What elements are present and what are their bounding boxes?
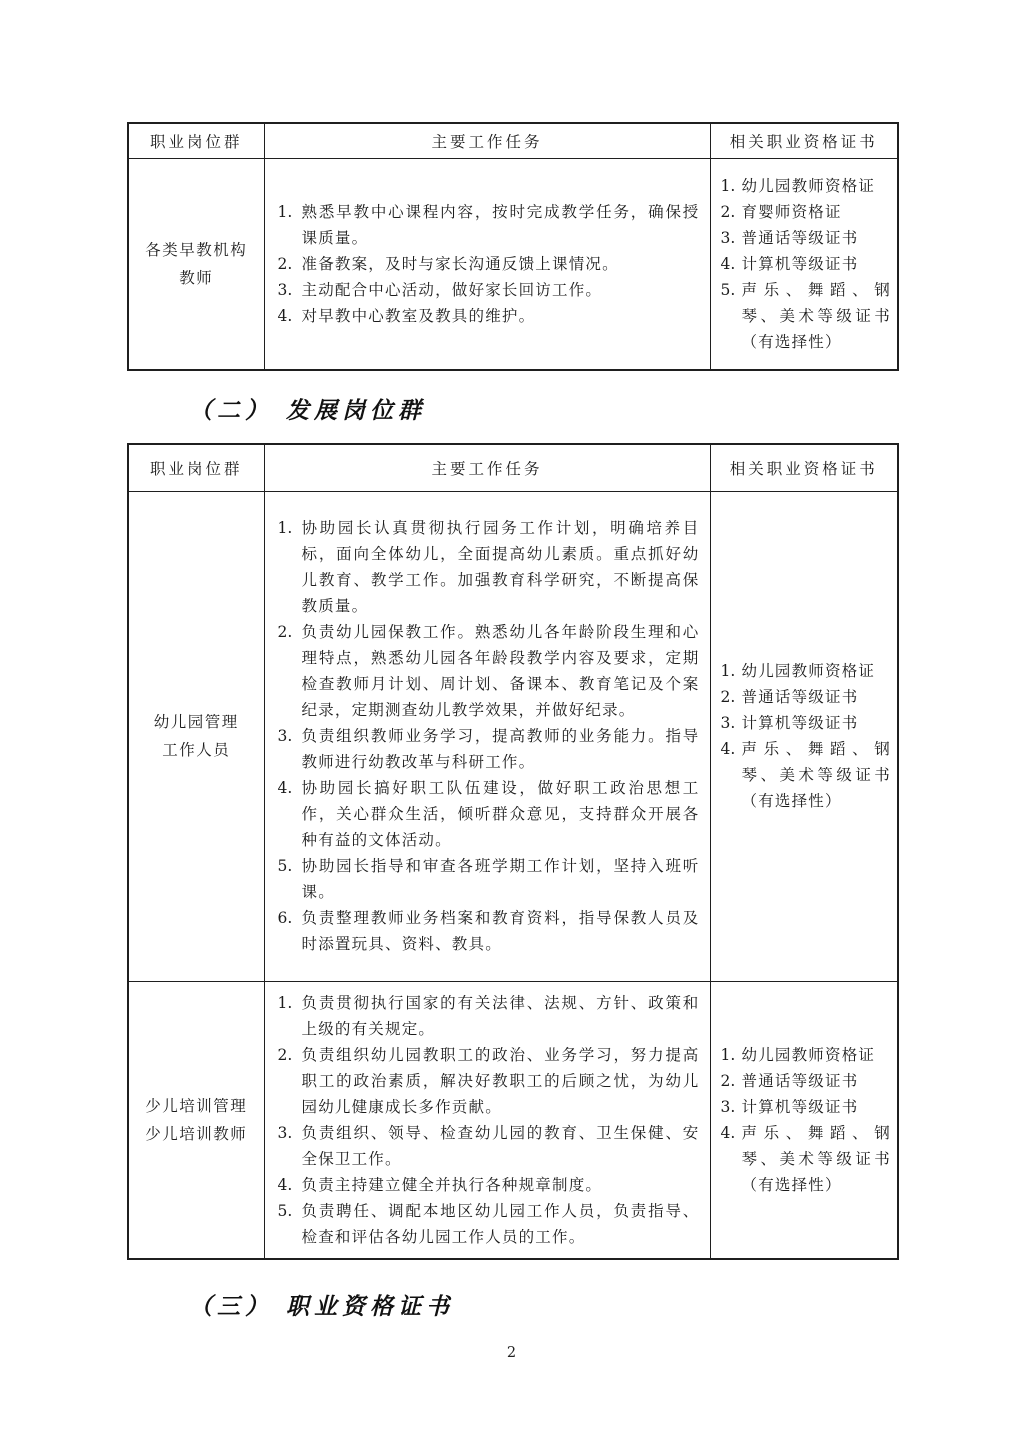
certificate-text: 计算机等级证书 bbox=[742, 710, 892, 736]
tasks-cell: 1. 熟悉早教中心课程内容，按时完成教学任务，确保授课质量。 2. 准备教案，及… bbox=[264, 158, 710, 370]
certificate-number: 3. bbox=[721, 1094, 742, 1120]
task-number: 4. bbox=[278, 775, 302, 853]
tasks-cell: 1. 协助园长认真贯彻执行园务工作计划，明确培养目标，面向全体幼儿，全面提高幼儿… bbox=[264, 491, 710, 981]
task-item: 1. 负责贯彻执行国家的有关法律、法规、方针、政策和上级的有关规定。 bbox=[278, 990, 700, 1042]
position-line: 工作人员 bbox=[133, 736, 260, 764]
page-number: 2 bbox=[0, 1345, 1023, 1361]
certificate-text: 普通话等级证书 bbox=[742, 684, 892, 710]
certificate-number: 1. bbox=[721, 658, 742, 684]
task-text: 协助园长认真贯彻执行园务工作计划，明确培养目标，面向全体幼儿，全面提高幼儿素质。… bbox=[302, 515, 700, 619]
task-item: 4. 对早教中心教室及教具的维护。 bbox=[278, 303, 700, 329]
table-header-row: 职业岗位群 主要工作任务 相关职业资格证书 bbox=[128, 123, 898, 158]
task-number: 6. bbox=[278, 905, 302, 957]
col-header-main-tasks: 主要工作任务 bbox=[264, 123, 710, 158]
task-number: 1. bbox=[278, 990, 302, 1042]
task-number: 2. bbox=[278, 251, 302, 277]
task-text: 对早教中心教室及教具的维护。 bbox=[302, 303, 700, 329]
task-text: 协助园长搞好职工队伍建设，做好职工政治思想工作，关心群众生活，倾听群众意见，支持… bbox=[302, 775, 700, 853]
certificate-text: 普通话等级证书 bbox=[742, 1068, 892, 1094]
certificate-text: 计算机等级证书 bbox=[742, 1094, 892, 1120]
table-header-row: 职业岗位群 主要工作任务 相关职业资格证书 bbox=[128, 444, 898, 491]
certificate-number: 4. bbox=[721, 736, 742, 814]
task-number: 2. bbox=[278, 1042, 302, 1120]
certificate-item: 3. 计算机等级证书 bbox=[721, 710, 892, 736]
col-header-position-group: 职业岗位群 bbox=[128, 444, 264, 491]
certificate-item: 2. 育婴师资格证 bbox=[721, 199, 892, 225]
task-text: 负责幼儿园保教工作。熟悉幼儿各年龄阶段生理和心理特点，熟悉幼儿园各年龄段教学内容… bbox=[302, 619, 700, 723]
certificate-item: 1. 幼儿园教师资格证 bbox=[721, 173, 892, 199]
certificates-cell: 1. 幼儿园教师资格证 2. 育婴师资格证 3. 普通话等级证书 4. 计算机等… bbox=[710, 158, 898, 370]
task-item: 5. 负责聘任、调配本地区幼儿园工作人员，负责指导、检查和评估各幼儿园工作人员的… bbox=[278, 1198, 700, 1250]
task-text: 负责组织幼儿园教职工的政治、业务学习，努力提高职工的政治素质，解决好教职工的后顾… bbox=[302, 1042, 700, 1120]
certificate-text: 声乐、舞蹈、钢琴、美术等级证书（有选择性） bbox=[742, 277, 892, 355]
task-item: 6. 负责整理教师业务档案和教育资料，指导保教人员及时添置玩具、资料、教具。 bbox=[278, 905, 700, 957]
certificate-text: 声乐、舞蹈、钢琴、美术等级证书（有选择性） bbox=[742, 736, 892, 814]
certificates-cell: 1. 幼儿园教师资格证 2. 普通话等级证书 3. 计算机等级证书 4. 声乐、… bbox=[710, 981, 898, 1259]
position-line: 教师 bbox=[133, 264, 260, 292]
task-text: 负责主持建立健全并执行各种规章制度。 bbox=[302, 1172, 700, 1198]
certificate-text: 普通话等级证书 bbox=[742, 225, 892, 251]
position-line: 少儿培训管理 bbox=[133, 1092, 260, 1120]
certificate-item: 3. 计算机等级证书 bbox=[721, 1094, 892, 1120]
position-cell: 幼儿园管理 工作人员 bbox=[128, 491, 264, 981]
table-row: 少儿培训管理 少儿培训教师 1. 负责贯彻执行国家的有关法律、法规、方针、政策和… bbox=[128, 981, 898, 1259]
col-header-position-group: 职业岗位群 bbox=[128, 123, 264, 158]
certificate-item: 3. 普通话等级证书 bbox=[721, 225, 892, 251]
task-number: 5. bbox=[278, 853, 302, 905]
certificate-text: 声乐、舞蹈、钢琴、美术等级证书（有选择性） bbox=[742, 1120, 892, 1198]
certificate-item: 5. 声乐、舞蹈、钢琴、美术等级证书（有选择性） bbox=[721, 277, 892, 355]
certificates-cell: 1. 幼儿园教师资格证 2. 普通话等级证书 3. 计算机等级证书 4. 声乐、… bbox=[710, 491, 898, 981]
certificate-item: 2. 普通话等级证书 bbox=[721, 1068, 892, 1094]
col-header-certificates: 相关职业资格证书 bbox=[710, 123, 898, 158]
task-number: 3. bbox=[278, 277, 302, 303]
task-number: 5. bbox=[278, 1198, 302, 1250]
certificate-text: 幼儿园教师资格证 bbox=[742, 1042, 892, 1068]
certificate-text: 计算机等级证书 bbox=[742, 251, 892, 277]
certificate-text: 幼儿园教师资格证 bbox=[742, 658, 892, 684]
certificate-number: 2. bbox=[721, 1068, 742, 1094]
task-text: 负责组织教师业务学习，提高教师的业务能力。指导教师进行幼教改革与科研工作。 bbox=[302, 723, 700, 775]
position-line: 各类早教机构 bbox=[133, 236, 260, 264]
task-item: 1. 协助园长认真贯彻执行园务工作计划，明确培养目标，面向全体幼儿，全面提高幼儿… bbox=[278, 515, 700, 619]
position-cell: 少儿培训管理 少儿培训教师 bbox=[128, 981, 264, 1259]
position-line: 幼儿园管理 bbox=[133, 708, 260, 736]
certificate-item: 1. 幼儿园教师资格证 bbox=[721, 1042, 892, 1068]
development-positions-table: 职业岗位群 主要工作任务 相关职业资格证书 幼儿园管理 工作人员 1. 协助园长… bbox=[127, 443, 899, 1260]
certificate-number: 4. bbox=[721, 1120, 742, 1198]
task-item: 3. 负责组织教师业务学习，提高教师的业务能力。指导教师进行幼教改革与科研工作。 bbox=[278, 723, 700, 775]
col-header-main-tasks: 主要工作任务 bbox=[264, 444, 710, 491]
certificate-number: 5. bbox=[721, 277, 742, 355]
task-number: 4. bbox=[278, 303, 302, 329]
certificate-number: 2. bbox=[721, 199, 742, 225]
task-item: 2. 负责幼儿园保教工作。熟悉幼儿各年龄阶段生理和心理特点，熟悉幼儿园各年龄段教… bbox=[278, 619, 700, 723]
task-text: 负责贯彻执行国家的有关法律、法规、方针、政策和上级的有关规定。 bbox=[302, 990, 700, 1042]
section-heading-development-positions: （二） 发展岗位群 bbox=[189, 392, 426, 425]
early-education-positions-table: 职业岗位群 主要工作任务 相关职业资格证书 各类早教机构 教师 1. 熟悉早教中… bbox=[127, 122, 899, 371]
certificate-text: 育婴师资格证 bbox=[742, 199, 892, 225]
task-number: 2. bbox=[278, 619, 302, 723]
task-number: 3. bbox=[278, 723, 302, 775]
task-text: 负责整理教师业务档案和教育资料，指导保教人员及时添置玩具、资料、教具。 bbox=[302, 905, 700, 957]
task-item: 2. 负责组织幼儿园教职工的政治、业务学习，努力提高职工的政治素质，解决好教职工… bbox=[278, 1042, 700, 1120]
table-row: 幼儿园管理 工作人员 1. 协助园长认真贯彻执行园务工作计划，明确培养目标，面向… bbox=[128, 491, 898, 981]
task-item: 3. 主动配合中心活动，做好家长回访工作。 bbox=[278, 277, 700, 303]
certificate-item: 1. 幼儿园教师资格证 bbox=[721, 658, 892, 684]
task-item: 4. 协助园长搞好职工队伍建设，做好职工政治思想工作，关心群众生活，倾听群众意见… bbox=[278, 775, 700, 853]
certificate-item: 4. 声乐、舞蹈、钢琴、美术等级证书（有选择性） bbox=[721, 1120, 892, 1198]
task-number: 4. bbox=[278, 1172, 302, 1198]
position-cell: 各类早教机构 教师 bbox=[128, 158, 264, 370]
certificate-item: 2. 普通话等级证书 bbox=[721, 684, 892, 710]
task-text: 负责组织、领导、检查幼儿园的教育、卫生保健、安全保卫工作。 bbox=[302, 1120, 700, 1172]
task-item: 4. 负责主持建立健全并执行各种规章制度。 bbox=[278, 1172, 700, 1198]
task-item: 2. 准备教案，及时与家长沟通反馈上课情况。 bbox=[278, 251, 700, 277]
task-number: 1. bbox=[278, 515, 302, 619]
position-line: 少儿培训教师 bbox=[133, 1120, 260, 1148]
task-text: 主动配合中心活动，做好家长回访工作。 bbox=[302, 277, 700, 303]
certificate-text: 幼儿园教师资格证 bbox=[742, 173, 892, 199]
task-number: 1. bbox=[278, 199, 302, 251]
task-number: 3. bbox=[278, 1120, 302, 1172]
task-item: 5. 协助园长指导和审查各班学期工作计划，坚持入班听课。 bbox=[278, 853, 700, 905]
certificate-number: 1. bbox=[721, 173, 742, 199]
section-heading-qualification-certificates: （三） 职业资格证书 bbox=[189, 1288, 454, 1321]
certificate-number: 3. bbox=[721, 225, 742, 251]
certificate-number: 4. bbox=[721, 251, 742, 277]
task-text: 协助园长指导和审查各班学期工作计划，坚持入班听课。 bbox=[302, 853, 700, 905]
certificate-number: 2. bbox=[721, 684, 742, 710]
certificate-number: 1. bbox=[721, 1042, 742, 1068]
certificate-item: 4. 计算机等级证书 bbox=[721, 251, 892, 277]
tasks-cell: 1. 负责贯彻执行国家的有关法律、法规、方针、政策和上级的有关规定。 2. 负责… bbox=[264, 981, 710, 1259]
task-item: 1. 熟悉早教中心课程内容，按时完成教学任务，确保授课质量。 bbox=[278, 199, 700, 251]
task-text: 准备教案，及时与家长沟通反馈上课情况。 bbox=[302, 251, 700, 277]
task-item: 3. 负责组织、领导、检查幼儿园的教育、卫生保健、安全保卫工作。 bbox=[278, 1120, 700, 1172]
certificate-item: 4. 声乐、舞蹈、钢琴、美术等级证书（有选择性） bbox=[721, 736, 892, 814]
document-page: 职业岗位群 主要工作任务 相关职业资格证书 各类早教机构 教师 1. 熟悉早教中… bbox=[0, 0, 1023, 1447]
table-row: 各类早教机构 教师 1. 熟悉早教中心课程内容，按时完成教学任务，确保授课质量。… bbox=[128, 158, 898, 370]
col-header-certificates: 相关职业资格证书 bbox=[710, 444, 898, 491]
task-text: 熟悉早教中心课程内容，按时完成教学任务，确保授课质量。 bbox=[302, 199, 700, 251]
certificate-number: 3. bbox=[721, 710, 742, 736]
task-text: 负责聘任、调配本地区幼儿园工作人员，负责指导、检查和评估各幼儿园工作人员的工作。 bbox=[302, 1198, 700, 1250]
